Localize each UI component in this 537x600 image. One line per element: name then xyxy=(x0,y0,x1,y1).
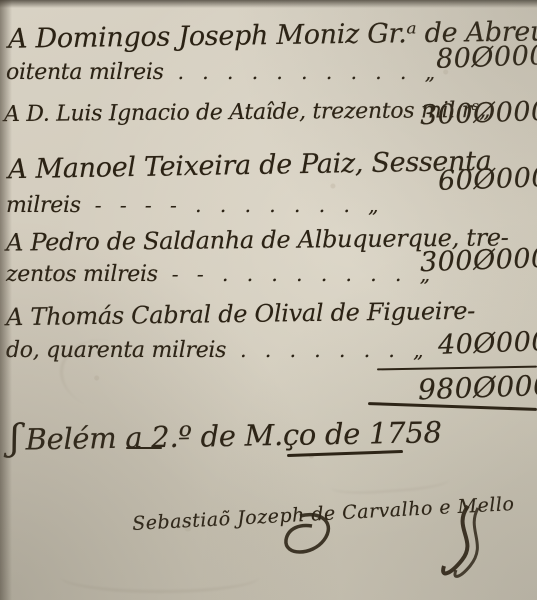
amount-value: 80Ø000 xyxy=(435,40,537,75)
dot-leader: - - - - . . . . . . . „ xyxy=(95,193,380,217)
ledger-line-text: oitenta milreis xyxy=(6,60,164,85)
signature: Sebastiaõ Jozeph de Carvalho e Mello xyxy=(132,493,515,535)
day-underline xyxy=(126,447,162,449)
dot-leader: . . . . . . . . . . „ xyxy=(178,60,437,84)
dot-leader: . . . . . . . „ xyxy=(240,338,424,362)
ink-showthrough xyxy=(60,560,260,593)
dot-leader: - - . . . . . . . . „ xyxy=(172,262,431,286)
amount-value: 60Ø000 xyxy=(437,162,537,197)
amount-value: 300Ø000 xyxy=(420,243,537,278)
ledger-line-text: milreis xyxy=(6,193,81,218)
ledger-line: milreis- - - - . . . . . . . „ xyxy=(6,193,380,218)
amount-value: 300Ø000 xyxy=(420,96,537,131)
ledger-line: do, quarenta milreis. . . . . . . „ xyxy=(6,338,425,363)
date-flourish: ʃ xyxy=(10,418,20,459)
ledger-line: A Thomás Cabral de Olival de Figueire- xyxy=(6,297,475,332)
ledger-line: zentos milreis- - . . . . . . . . „ xyxy=(6,262,431,287)
ledger-line: A Manoel Teixeira de Paiz, Sessenta xyxy=(8,146,492,185)
page-edge-shadow-top xyxy=(0,0,537,8)
ledger-line: oitenta milreis. . . . . . . . . . „ xyxy=(6,60,436,85)
total-amount: 980Ø000 xyxy=(417,369,537,407)
amount-value: 40Ø000 xyxy=(437,326,537,361)
ledger-line-text: zentos milreis xyxy=(6,262,158,287)
ledger-line-text: do, quarenta milreis xyxy=(6,338,226,363)
manuscript-page: A Domingos Joseph Moniz Gr.ᵃ de Abreu oi… xyxy=(0,0,537,600)
ledger-line: A D. Luis Ignacio de Ataîde, trezentos m… xyxy=(4,98,490,127)
page-edge-shadow-left xyxy=(0,0,12,600)
ink-showthrough xyxy=(329,466,450,496)
